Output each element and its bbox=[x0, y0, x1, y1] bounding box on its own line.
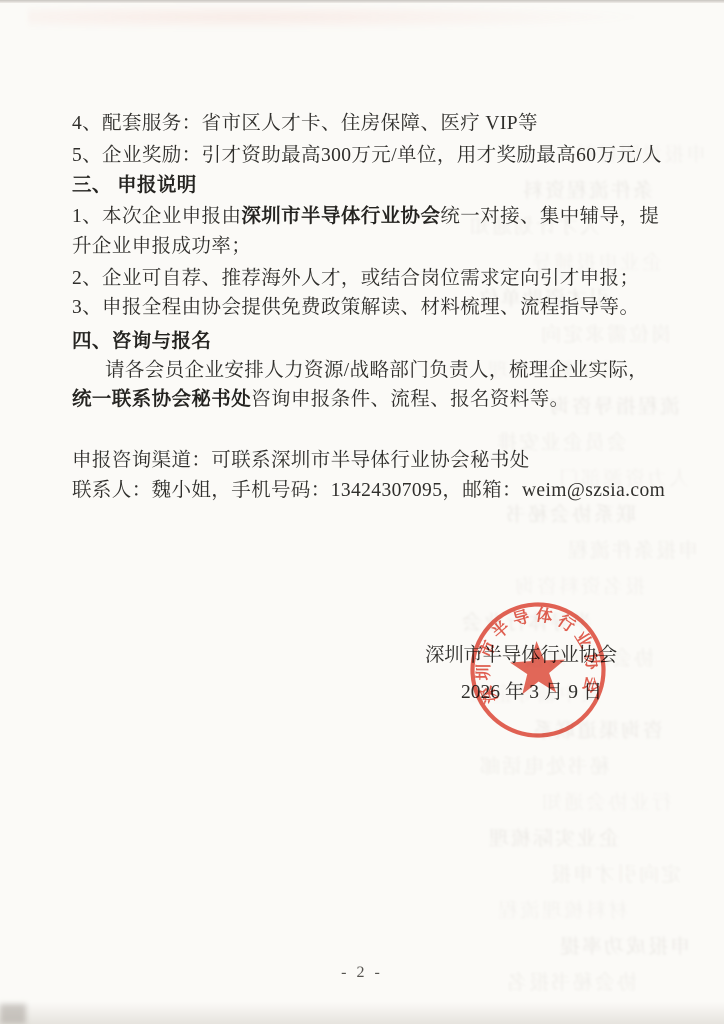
bleedthrough-line: 企业实际梳理 bbox=[487, 822, 619, 851]
para-consultation-channel: 申报咨询渠道：可联系深圳市半导体行业协会秘书处 bbox=[72, 450, 530, 472]
para-member-arrangement: 请各会员企业安排人力资源/战略部门负责人，梳理企业实际， bbox=[105, 360, 648, 382]
bleedthrough-line: 报名资料咨询 bbox=[513, 570, 645, 599]
page-number: - 2 - bbox=[0, 964, 724, 982]
list-item-free-guidance: 3、申报全程由协会提供免费政策解读、材料梳理、流程指导等。 bbox=[72, 297, 639, 319]
scan-corner-smudge bbox=[0, 1004, 26, 1024]
scan-top-edge bbox=[0, 0, 724, 3]
scanned-page: 申报说明材料条件流程资料人才计划通知企业申报辅导引才资助单位岗位需求定向政策解读… bbox=[0, 0, 724, 1024]
list-item-supporting-services: 4、配套服务：省市区人才卡、住房保障、医疗 VIP等 bbox=[72, 113, 538, 135]
bleedthrough-line: 申报成功率提 bbox=[558, 930, 690, 959]
para-contact-person: 联系人：魏小姐，手机号码：13424307095，邮箱：weim@szsia.c… bbox=[72, 480, 665, 502]
heading-consultation-registration: 四、咨询与报名 bbox=[72, 331, 211, 353]
list-item-enterprise-rewards: 5、企业奖励：引才资助最高300万元/单位，用才奖励最高60万元/人 bbox=[72, 145, 662, 167]
text-run-association-bold: 深圳市半导体行业协会 bbox=[241, 206, 440, 227]
scan-bottom-edge bbox=[0, 1002, 724, 1024]
bleedthrough-line: 材料梳理流程 bbox=[496, 894, 628, 923]
text-run: 统一对接、集中辅导，提 bbox=[440, 206, 659, 227]
bleedthrough-line: 行业协会通知 bbox=[540, 786, 672, 815]
text-run-secretariat-bold: 统一联系协会秘书处 bbox=[72, 389, 251, 410]
text-run: 1、本次企业申报由 bbox=[72, 206, 241, 227]
para-application-coordination: 1、本次企业申报由深圳市半导体行业协会统一对接、集中辅导，提 bbox=[72, 206, 659, 228]
heading-application-instructions: 三、 申报说明 bbox=[72, 175, 197, 197]
star-icon bbox=[509, 640, 567, 695]
bleedthrough-line: 申报条件流程 bbox=[566, 534, 698, 563]
para-application-coordination-cont: 升企业申报成功率； bbox=[72, 236, 251, 258]
bleedthrough-line: 岗位需求定向 bbox=[539, 318, 671, 347]
bleedthrough-line: 秘书处电话邮 bbox=[478, 750, 610, 779]
text-run: 咨询申报条件、流程、报名资料等。 bbox=[251, 389, 569, 410]
top-ink-bleed bbox=[28, 4, 638, 30]
official-seal-stamp: 深圳市半导体行业协会 bbox=[462, 594, 613, 745]
bleedthrough-line: 条件流程资料 bbox=[521, 174, 653, 203]
bleedthrough-line: 定向引才申报 bbox=[549, 858, 681, 887]
para-contact-secretariat: 统一联系协会秘书处咨询申报条件、流程、报名资料等。 bbox=[72, 389, 570, 411]
list-item-self-recommendation: 2、企业可自荐、推荐海外人才，或结合岗位需求定向引才申报； bbox=[72, 268, 639, 290]
